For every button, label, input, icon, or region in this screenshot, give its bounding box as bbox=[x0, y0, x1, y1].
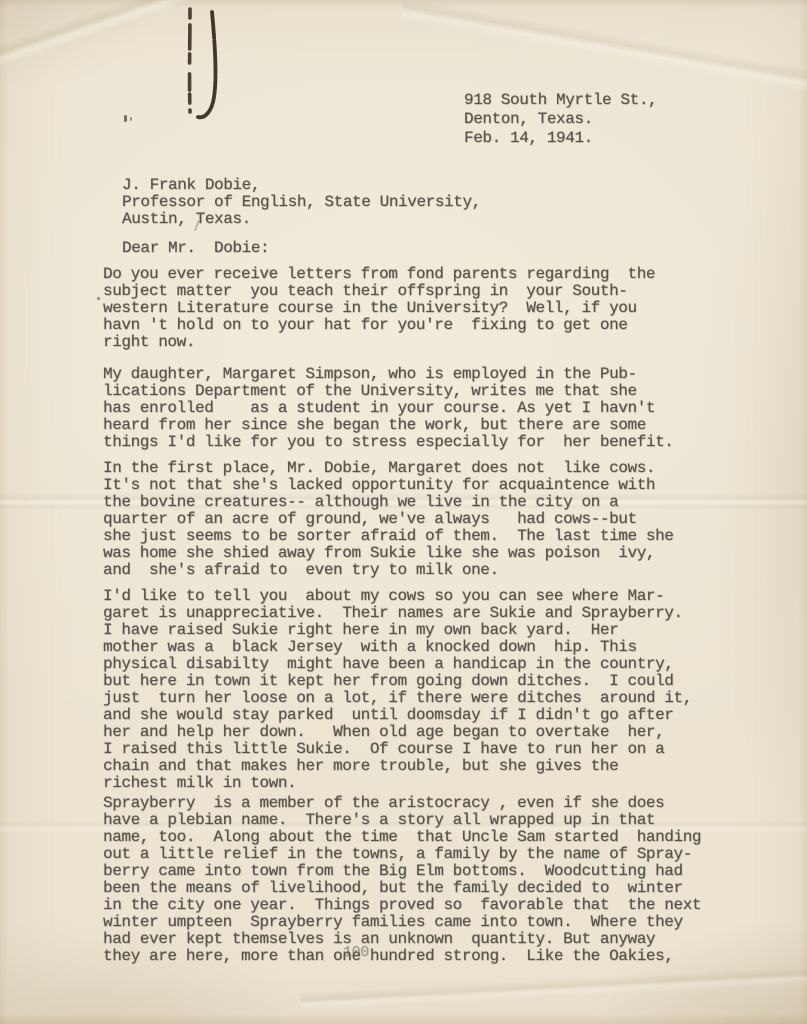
sender-address-block: 918 South Myrtle St., Denton, Texas. Feb… bbox=[464, 91, 657, 148]
body-paragraph-4: I'd like to tell you about my cows so yo… bbox=[103, 588, 692, 792]
recipient-address-block: J. Frank Dobie, Professor of English, St… bbox=[122, 177, 481, 228]
ink-speck bbox=[124, 115, 127, 122]
body-paragraph-3: In the first place, Mr. Dobie, Margaret … bbox=[103, 460, 674, 579]
ink-speck bbox=[130, 117, 132, 121]
body-paragraph-1: Do you ever receive letters from fond pa… bbox=[103, 266, 655, 351]
body-paragraph-5: Sprayberry is a member of the aristocrac… bbox=[103, 795, 701, 965]
salutation-line: Dear Mr. Dobie: bbox=[122, 240, 269, 257]
top-left-crease bbox=[0, 0, 267, 121]
overstruck-typo-text: 100 bbox=[343, 944, 369, 961]
stray-ink-dot bbox=[97, 297, 100, 300]
scanned-letter-page: 918 South Myrtle St., Denton, Texas. Feb… bbox=[0, 0, 807, 1024]
body-paragraph-2: My daughter, Margaret Simpson, who is em… bbox=[103, 366, 674, 451]
